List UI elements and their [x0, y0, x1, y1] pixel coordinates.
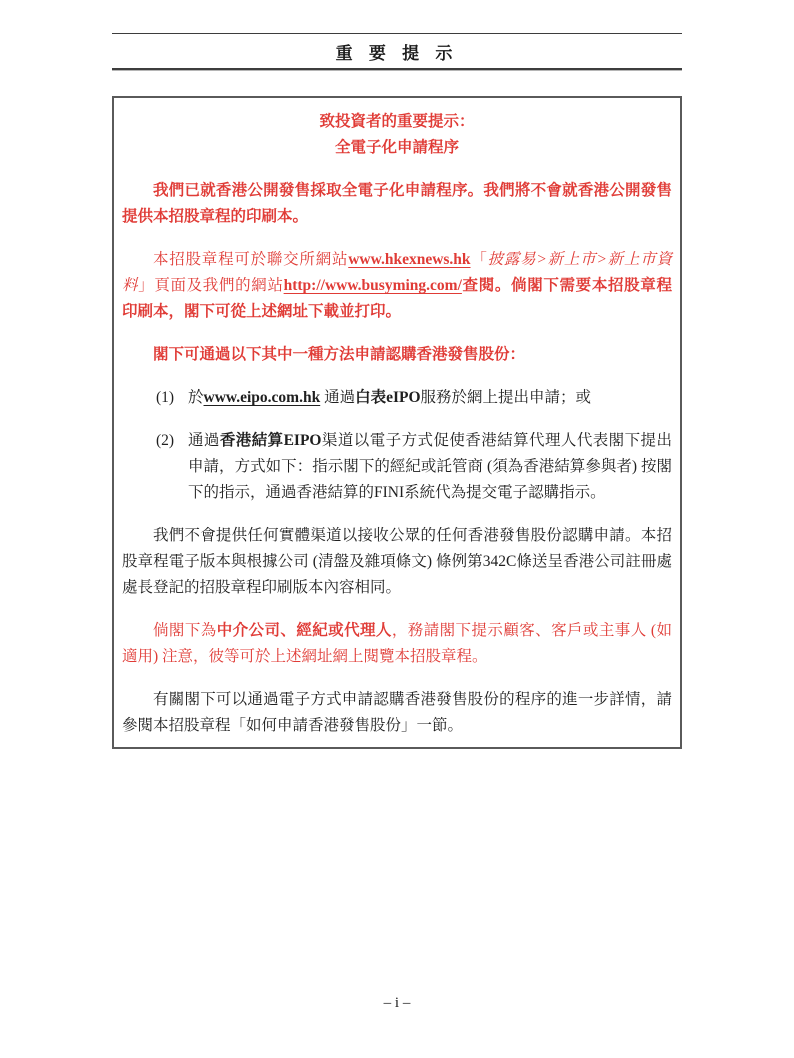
text-segment: 通過 — [188, 432, 220, 449]
notice-list-item: (2)通過香港結算EIPO渠道以電子方式促使香港結算代理人代表閣下提出申請，方式… — [122, 428, 672, 506]
list-item-marker: (1) — [156, 385, 174, 411]
text-segment: 倘閣下為 — [153, 622, 217, 639]
text-segment: 通過 — [320, 389, 355, 406]
notice-paragraph: 有關閣下可以通過電子方式申請認購香港發售股份的程序的進一步詳情，請參閱本招股章程… — [122, 687, 672, 739]
notice-heading: 致投資者的重要提示： 全電子化申請程序 — [122, 109, 672, 161]
page-number: – i – — [384, 995, 411, 1011]
text-segment: 閣下可通過以下其中一種方法申請認購香港發售股份： — [153, 346, 525, 363]
text-segment: 我們已就香港公開發售採取全電子化申請程序。我們將不會就香港公開發售提供本招股章程… — [122, 182, 672, 225]
text-segment: 有關閣下可以通過電子方式申請認購香港發售股份的程序的進一步詳情，請參閱本招股章程… — [122, 691, 672, 734]
notice-paragraphs: 我們已就香港公開發售採取全電子化申請程序。我們將不會就香港公開發售提供本招股章程… — [122, 178, 672, 739]
text-segment: 服務於網上提出申請；或 — [421, 389, 592, 406]
notice-paragraph: 本招股章程可於聯交所網站www.hkexnews.hk「披露易>新上市>新上市資… — [122, 247, 672, 325]
list-item-marker: (2) — [156, 428, 174, 454]
text-segment: 本招股章程可於聯交所網站 — [153, 251, 348, 268]
text-segment: 於 — [188, 389, 204, 406]
notice-list-item: (1)於www.eipo.com.hk 通過白表eIPO服務於網上提出申請；或 — [122, 385, 672, 411]
text-segment: 「 — [471, 251, 488, 268]
notice-paragraph: 閣下可通過以下其中一種方法申請認購香港發售股份： — [122, 342, 672, 368]
notice-heading-line2: 全電子化申請程序 — [122, 135, 672, 161]
text-segment: 我們不會提供任何實體渠道以接收公眾的任何香港發售股份認購申請。本招股章程電子版本… — [122, 527, 672, 596]
notice-paragraph: 我們已就香港公開發售採取全電子化申請程序。我們將不會就香港公開發售提供本招股章程… — [122, 178, 672, 230]
page-header: 重 要 提 示 — [112, 0, 682, 70]
notice-paragraph: 倘閣下為中介公司、經紀或代理人，務請閣下提示顧客、客戶或主事人 (如適用) 注意… — [122, 618, 672, 670]
page-title: 重 要 提 示 — [112, 34, 682, 68]
text-segment: 中介公司、經紀或代理人 — [217, 622, 392, 639]
url-link[interactable]: http://www.busyming.com/ — [284, 277, 462, 294]
url-link[interactable]: www.eipo.com.hk — [204, 389, 321, 406]
text-segment: 」頁面及我們的網站 — [138, 277, 283, 294]
url-link[interactable]: www.hkexnews.hk — [348, 251, 470, 268]
header-rule-bottom — [112, 68, 682, 70]
notice-box: 致投資者的重要提示： 全電子化申請程序 我們已就香港公開發售採取全電子化申請程序… — [112, 96, 682, 749]
notice-paragraph: 我們不會提供任何實體渠道以接收公眾的任何香港發售股份認購申請。本招股章程電子版本… — [122, 523, 672, 601]
text-segment: 香港結算EIPO — [220, 432, 322, 449]
page-footer: – i – — [0, 995, 794, 1012]
notice-heading-line1: 致投資者的重要提示： — [122, 109, 672, 135]
text-segment: 白表eIPO — [355, 389, 420, 406]
